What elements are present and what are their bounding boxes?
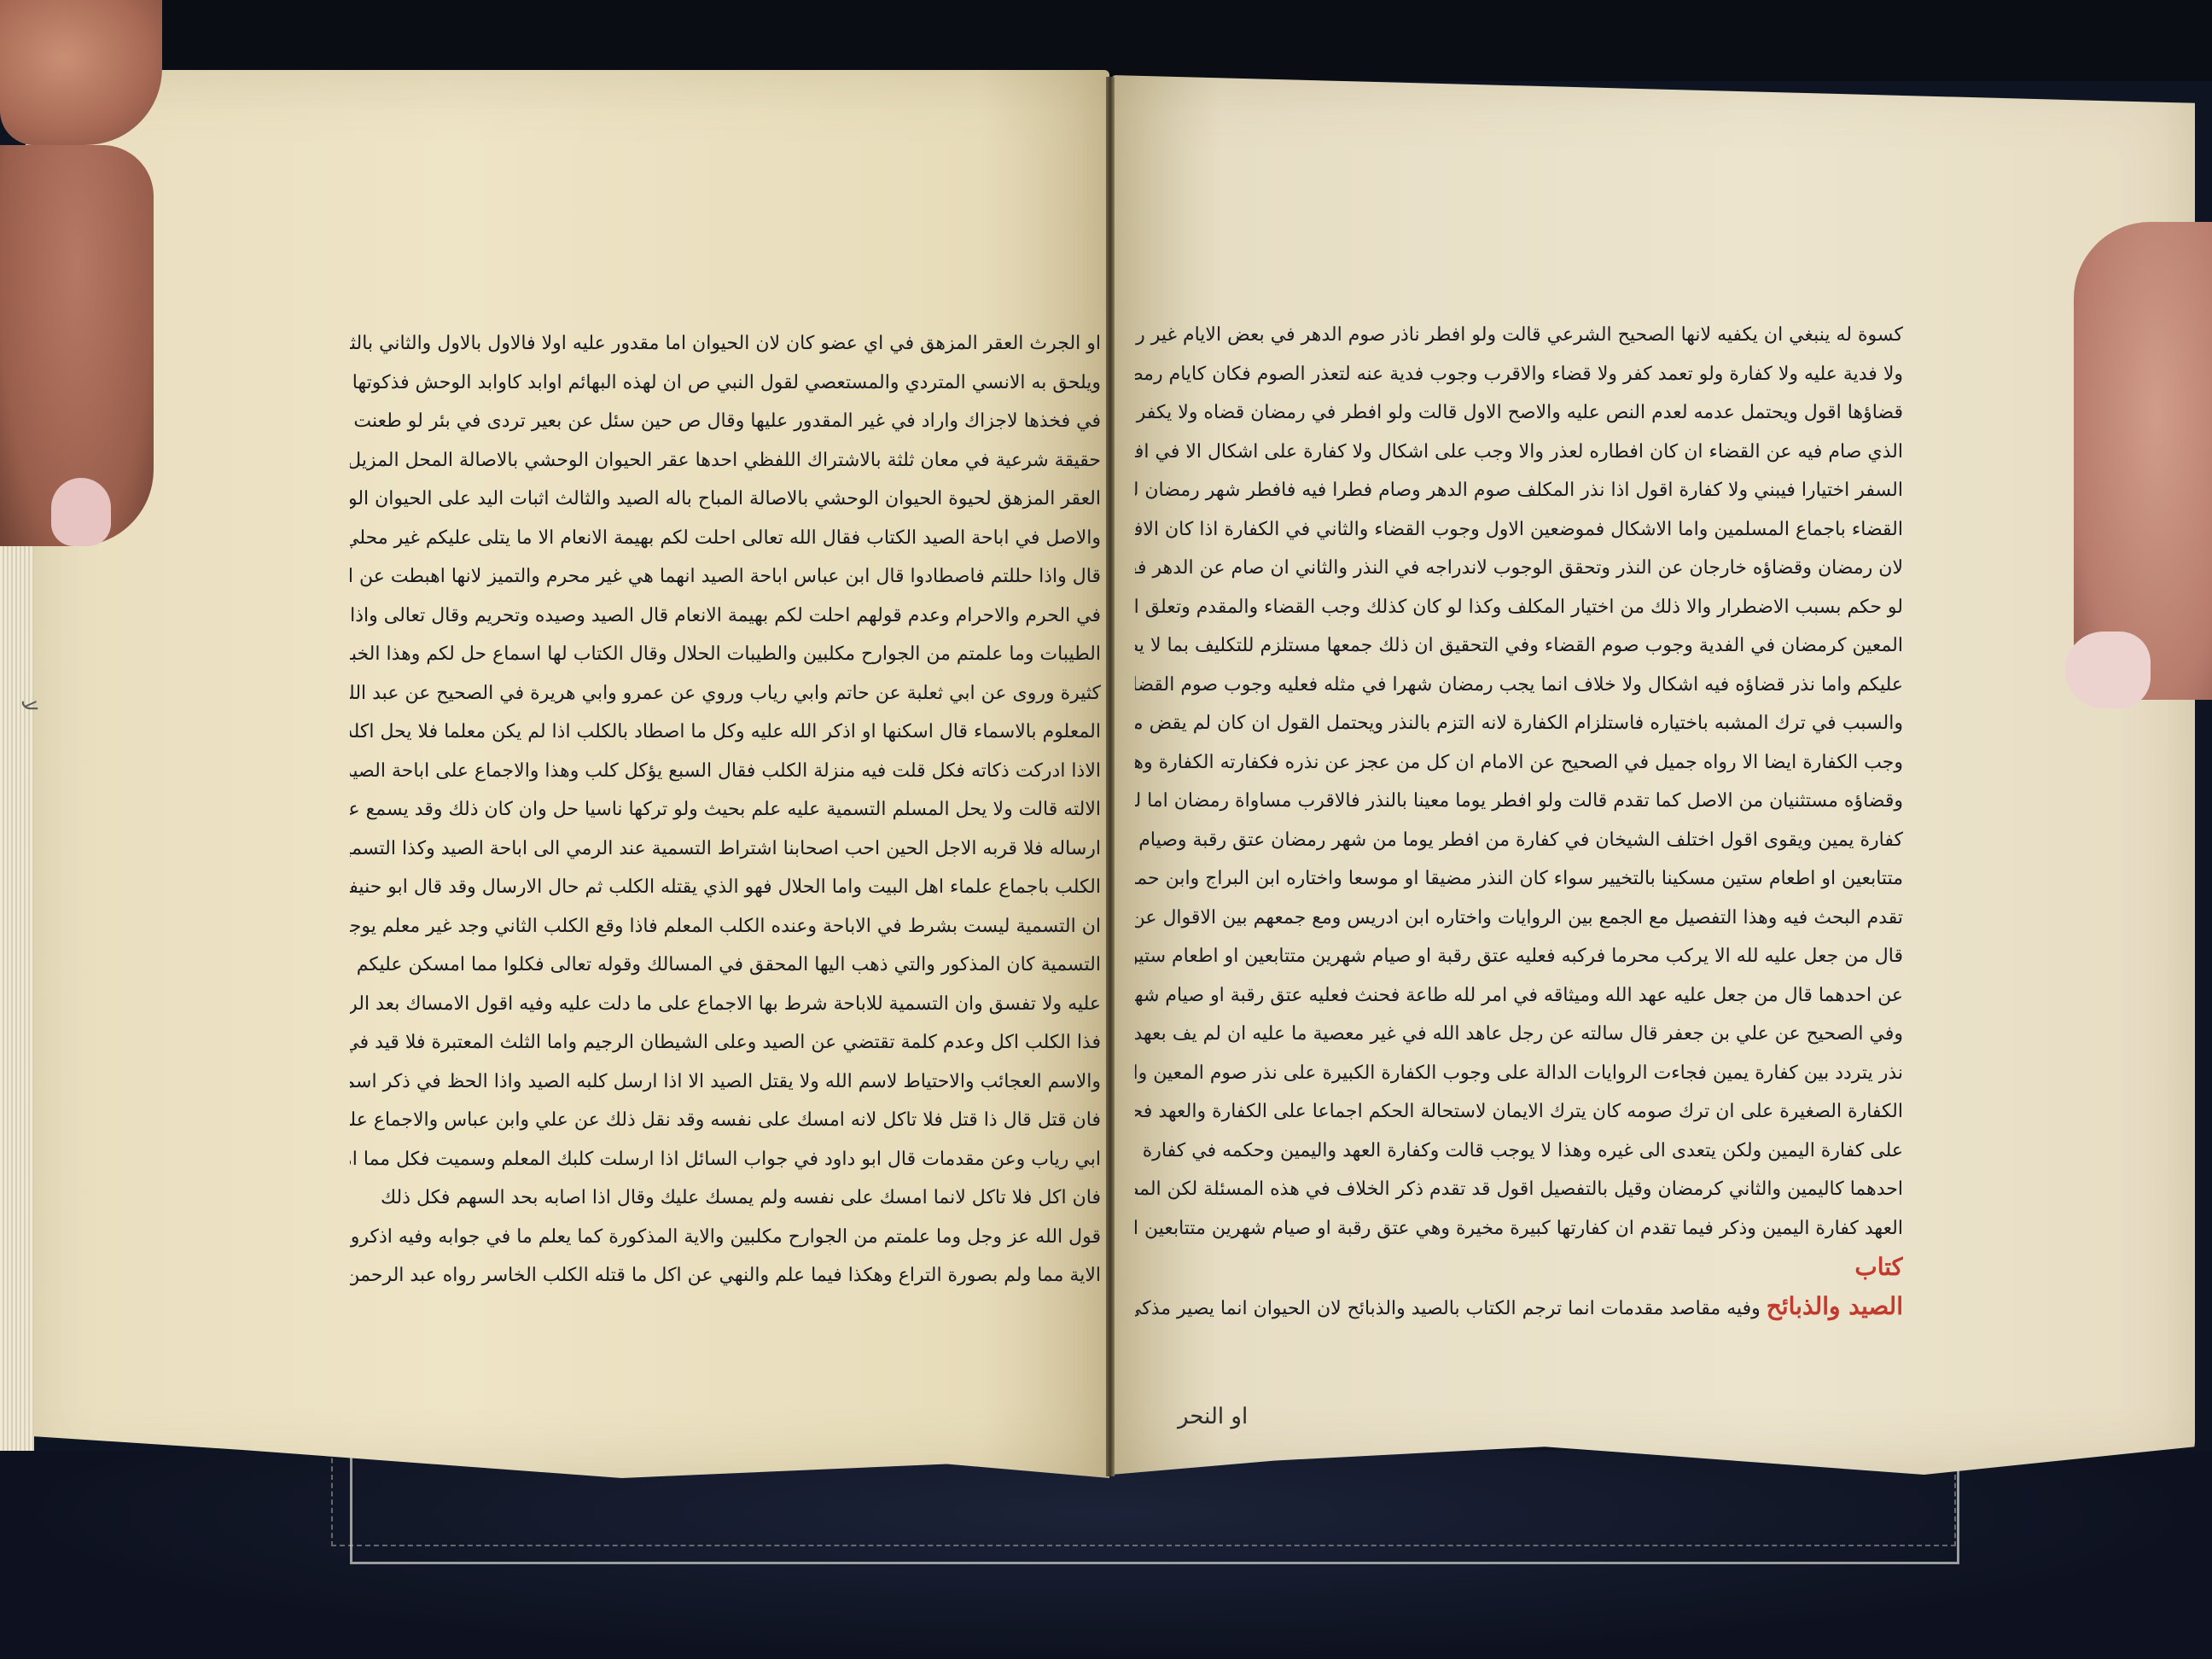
text-line: في فخذها لاجزاك واراد في غير المقدور علي… [350, 402, 1101, 441]
text-line: لان رمضان وقضاؤه خارجان عن النذر وتحقق ا… [1135, 549, 1903, 588]
text-line: الكفارة الصغيرة على ان ترك صومه كان يترك… [1135, 1092, 1903, 1132]
text-line: المعين كرمضان في الفدية وجوب صوم القضاء … [1135, 626, 1903, 666]
text-line: عليكم واما نذر قضاؤه فيه اشكال ولا خلاف … [1135, 666, 1903, 705]
left-hand-fingers [0, 0, 162, 145]
page-edges [0, 427, 34, 1451]
chapter-heading-line: كتاب [1135, 1248, 1903, 1287]
dark-background-top [0, 0, 2212, 81]
text-line: قضاؤها اقول ويحتمل عدمه لعدم النص عليه و… [1135, 393, 1903, 433]
text-line: عليه ولا تفسق وان التسمية للاباحة شرط به… [350, 985, 1101, 1024]
text-line: قال من جعل عليه لله الا يركب محرما فركبه… [1135, 937, 1903, 976]
text-line: السفر اختيارا فيبني ولا كفارة اقول اذا ن… [1135, 471, 1903, 510]
text-line: والسبب في ترك المشبه باختياره فاستلزام ا… [1135, 704, 1903, 743]
text-line: الاذا ادركت ذكاته فكل قلت فيه منزلة الكل… [350, 752, 1101, 791]
left-page-text: او الجرث العقر المزهق في اي عضو كان لان … [350, 324, 1101, 1295]
text-line: الكلب باجماع علماء اهل البيت واما الحلال… [350, 868, 1101, 907]
text-line: الذي صام فيه عن القضاء ان كان افطاره لعذ… [1135, 433, 1903, 472]
text-line: لو حكم بسبب الاضطرار والا ذلك من اختيار … [1135, 588, 1903, 627]
text-line: الطيبات وما علمتم من الجوارح مكلبين والط… [350, 635, 1101, 674]
text-line: قال واذا حللتم فاصطادوا قال ابن عباس ابا… [350, 557, 1101, 597]
text-line: فذا الكلب اكل وعدم كلمة تقتضي عن الصيد و… [350, 1023, 1101, 1062]
text-line: وجب الكفارة ايضا الا رواه جميل في الصحيح… [1135, 743, 1903, 783]
text-line: في الحرم والاحرام وعدم قولهم احلت لكم به… [350, 597, 1101, 636]
text-line: وفيه مقاصد مقدمات انما ترجم الكتاب بالصي… [1135, 1298, 1761, 1319]
chapter-heading-title: الصيد والذبائح [1767, 1292, 1903, 1320]
text-line: كثيرة وروى عن ابي ثعلبة عن حاتم وابي ريا… [350, 674, 1101, 713]
text-line: ارساله فلا قربه الاجل الحين احب اصحابنا … [350, 829, 1101, 869]
book-gutter [1106, 77, 1115, 1476]
text-line: احدهما كاليمين والثاني كرمضان وقيل بالتف… [1135, 1170, 1903, 1209]
text-line: نذر يتردد بين كفارة يمين فجاءت الروايات … [1135, 1054, 1903, 1093]
left-thumbnail [51, 478, 111, 546]
text-line: تقدم البحث فيه وهذا التفصيل مع الجمع بين… [1135, 899, 1903, 938]
chapter-heading-kitab: كتاب [1854, 1253, 1903, 1281]
text-line: الاية مما ولم بصورة التراع وهكذا فيما عل… [350, 1256, 1101, 1295]
text-line: فان اكل فلا تاكل لانما امسك على نفسه ولم… [350, 1179, 1101, 1218]
text-line: العهد كفارة اليمين وذكر فيما تقدم ان كفا… [1135, 1209, 1903, 1249]
text-line: كسوة له ينبغي ان يكفيه لانها الصحيح الشر… [1135, 316, 1903, 355]
text-line: عن احدهما قال من جعل عليه عهد الله وميثا… [1135, 976, 1903, 1016]
text-line: كفارة يمين ويقوى اقول اختلف الشيخان في ك… [1135, 821, 1903, 860]
right-thumbnail [2065, 632, 2151, 708]
text-line: وفي الصحيح عن علي بن جعفر قال سالته عن ر… [1135, 1015, 1903, 1054]
text-line: والاسم العجائب والاحتياط لاسم الله ولا ي… [350, 1062, 1101, 1102]
text-line: وقضاؤه مستثنيان من الاصل كما تقدم قالت و… [1135, 782, 1903, 821]
text-line: التسمية كان المذكور والتي ذهب اليها المح… [350, 946, 1101, 985]
text-line: على كفارة اليمين ولكن يتعدى الى غيره وهذ… [1135, 1132, 1903, 1171]
text-line: ولا فدية عليه ولا كفارة ولو تعمد كفر ولا… [1135, 355, 1903, 394]
text-line: والاصل في اباحة الصيد الكتاب فقال الله ت… [350, 519, 1101, 558]
text-line: المعلوم بالاسماء قال اسكنها او اذكر الله… [350, 713, 1101, 752]
text-line: ويلحق به الانسي المتردي والمستعصي لقول ا… [350, 364, 1101, 403]
right-hand-thumb [2074, 222, 2212, 700]
text-line: فان قتل قال ذا قتل فلا تاكل لانه امسك عل… [350, 1101, 1101, 1140]
text-line: العقر المزهق لحيوة الحيوان الوحشي بالاصا… [350, 480, 1101, 519]
text-line: متتابعين او اطعام ستين مسكينا بالتخيير س… [1135, 859, 1903, 899]
text-line: قول الله عز وجل وما علمتم من الجوارح مكل… [350, 1218, 1101, 1257]
text-line: حقيقة شرعية في معان ثلثة بالاشتراك اللفظ… [350, 441, 1101, 480]
margin-annotation: لا [17, 700, 41, 712]
text-line: ان التسمية ليست بشرط في الاباحة وعنده ال… [350, 907, 1101, 946]
text-line: ابي رياب وعن مقدمات قال ابو داود في جواب… [350, 1140, 1101, 1179]
right-page-text: كسوة له ينبغي ان يكفيه لانها الصحيح الشر… [1135, 316, 1903, 1325]
text-line: القضاء باجماع المسلمين واما الاشكال فموض… [1135, 510, 1903, 550]
text-line: او الجرث العقر المزهق في اي عضو كان لان … [350, 324, 1101, 364]
catchword: او النحر [1178, 1404, 1248, 1429]
text-line: الالته قالت ولا يحل المسلم التسمية عليه … [350, 790, 1101, 829]
last-text-line: الصيد والذبائح وفيه مقاصد مقدمات انما تر… [1135, 1287, 1903, 1326]
